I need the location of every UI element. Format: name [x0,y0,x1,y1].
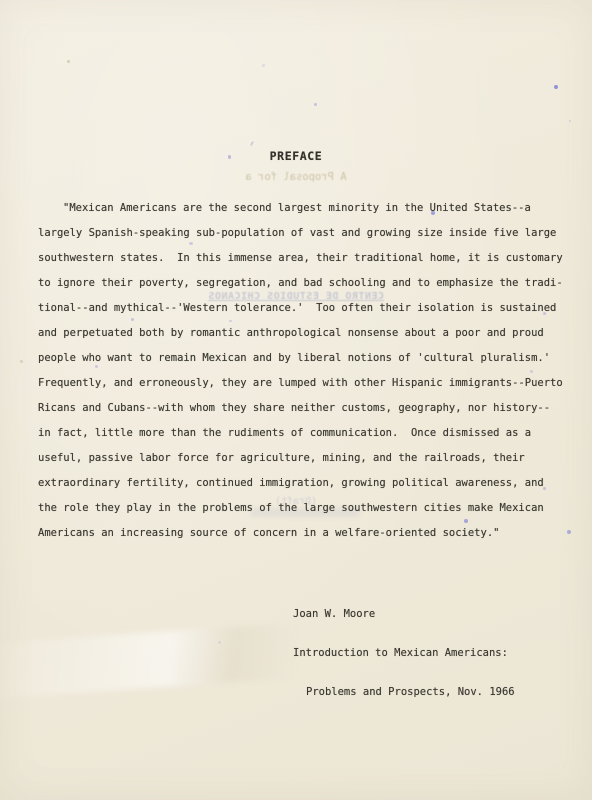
quote-paragraph: "Mexican Americans are the second larges… [38,196,573,546]
quote-line: in fact, little more than the rudiments … [38,421,573,446]
quote-line: largely Spanish-speaking sub-population … [38,221,573,246]
quote-line: the role they play in the problems of th… [38,496,573,521]
ink-speck [314,103,317,106]
attribution-work-subtitle: Problems and Prospects, Nov. 1966 [293,686,515,699]
quote-line: useful, passive labor force for agricult… [38,446,573,471]
paper-blemish [20,360,23,363]
quote-line: and perpetuated both by romantic anthrop… [38,321,573,346]
attribution-author: Joan W. Moore [293,608,515,621]
quote-line: Americans an increasing source of concer… [38,521,573,546]
quote-line: Ricans and Cubans--with whom they share … [38,396,573,421]
paper-blemish [67,60,70,63]
quote-line: to ignore their poverty, segregation, an… [38,271,573,296]
bleed-through-text: A Proposal for a [0,171,592,183]
ink-speck [250,141,254,146]
scanned-document-page: PREFACE A Proposal for a CENTRO DE ESTUD… [0,0,592,800]
page-title: PREFACE [0,149,592,163]
quote-line: tional--and mythical--'Western tolerance… [38,296,573,321]
ink-speck [554,85,558,89]
quote-line: people who want to remain Mexican and by… [38,346,573,371]
quote-line: extraordinary fertility, continued immig… [38,471,573,496]
ink-speck [262,64,265,67]
ink-speck [569,120,571,122]
quote-line: Frequently, and erroneously, they are lu… [38,371,573,396]
quote-line: "Mexican Americans are the second larges… [38,196,573,221]
quote-line: southwestern states. In this immense are… [38,246,573,271]
